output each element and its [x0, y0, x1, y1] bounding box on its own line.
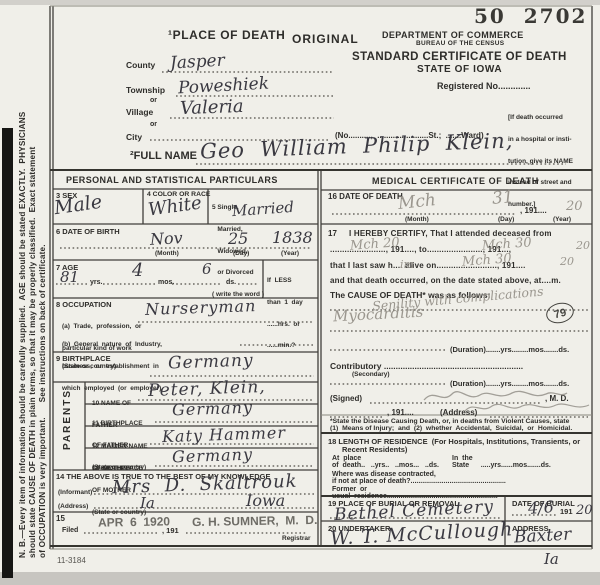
father-birthplace-value: Germany	[172, 398, 254, 420]
informant-address-value1: Ia	[140, 494, 155, 512]
filed-year-printed: , 191	[162, 526, 179, 535]
dob-year-caption: (Year)	[281, 250, 299, 257]
date-of-birth-label: 6 DATE OF BIRTH	[56, 227, 120, 236]
department-line: DEPARTMENT OF COMMERCE	[382, 30, 524, 40]
village-label: Village	[126, 107, 153, 117]
cause-footnote-line2: (1) Means of Injury; and (2) whether Acc…	[330, 425, 572, 432]
dob-day-value: 25	[228, 229, 248, 248]
certify-number: 17	[328, 229, 337, 238]
age-if-less-line: ......min.?	[267, 342, 303, 349]
informant-address-caption: (Address)	[58, 503, 88, 510]
dod-day-caption: (Day)	[498, 216, 514, 223]
mother-name-label-line: 12 MAIDEN NAME	[92, 443, 148, 450]
dod-year-caption: (Year)	[553, 216, 571, 223]
residence-in-state-2: State .....yrs......mos.......ds.	[452, 462, 551, 469]
registrar-caption: Registrar	[282, 535, 311, 542]
mother-birthplace-value: Germany	[172, 445, 254, 467]
certificate-number-stamp: 50 2702	[474, 4, 587, 28]
age-yrs-unit: yrs.	[90, 279, 102, 286]
dod-month-caption: (Month)	[405, 216, 429, 223]
age-years-value: 81	[60, 268, 79, 286]
occupation-b-line: (b) General nature of Industry,	[62, 341, 162, 348]
registered-no-label: Registered No.............	[437, 81, 531, 91]
dod-day-value: 31	[491, 187, 514, 209]
age-months-value: 4	[132, 260, 143, 281]
certify-him-value: im	[400, 258, 414, 271]
hospital-note-line: in a hospital or insti-	[508, 136, 594, 143]
dob-year-value: 1838	[272, 228, 313, 247]
age-if-less-line: than 1 day	[267, 299, 303, 306]
dob-month-value: Nov	[150, 228, 184, 249]
filed-label: Filed	[62, 527, 78, 534]
section-place-of-death-label: ¹PLACE OF DEATH	[168, 28, 285, 42]
residence-at-place-1: At place	[332, 455, 361, 462]
county-label: County	[126, 60, 155, 70]
death-certificate-scan: WRITE PLAINLY, WITH UNFADING INK—THIS IS…	[0, 0, 600, 585]
state-line: STATE OF IOWA	[417, 64, 502, 75]
dod-year-printed: , 191....	[520, 206, 547, 215]
undertaker-address-value: Baxter	[514, 525, 572, 548]
age-if-less-line: ......hrs. or	[267, 321, 303, 328]
age-ds-unit: ds.	[226, 279, 236, 286]
cause-footnote-line1: *State the Disease Causing Death, or, in…	[330, 418, 569, 425]
certify-line4: and that death occurred, on the date sta…	[330, 276, 561, 285]
birthplace-label: 9 BIRTHPLACE	[56, 354, 111, 363]
occupation-value: Nurseryman	[145, 296, 257, 319]
city-label: City	[126, 132, 142, 142]
county-value: Jasper	[170, 51, 226, 74]
dob-day-caption: (Day)	[233, 250, 249, 257]
age-if-less-note: If LESS than 1 day ......hrs. or ......m…	[267, 263, 303, 364]
medical-section-header: MEDICAL CERTIFICATE OF DEATH	[372, 176, 539, 186]
birthplace-value: Germany	[168, 351, 254, 374]
residence-at-place-2: of death.. ..yrs.. ..mos... ..ds.	[332, 462, 439, 469]
filed-number: 15	[56, 514, 65, 523]
full-name-label: ²FULL NAME	[130, 150, 197, 162]
cause-duration-label: (Duration).......yrs........mos.......ds…	[450, 345, 569, 354]
residence-in-state-1: In the	[452, 455, 473, 462]
signed-label: (Signed)	[330, 394, 362, 403]
form-code: 11-3184	[57, 556, 86, 565]
birthplace-sub-label: (State or country)	[62, 363, 116, 370]
dob-month-caption: (Month)	[155, 250, 179, 257]
age-if-less-line: If LESS	[267, 277, 303, 284]
or-label: or	[150, 97, 157, 104]
burial-date-year-value: 20	[576, 503, 593, 518]
certify-last-year-value: 20	[560, 255, 574, 268]
age-days-value: 6	[202, 260, 212, 278]
dod-year-value: 20	[566, 199, 583, 214]
burial-date-year-printed: 191	[560, 507, 573, 516]
bureau-line: BUREAU OF THE CENSUS	[416, 40, 504, 47]
undertaker-address-value2: Ia	[544, 550, 559, 568]
residence-label2: Recent Residents)	[342, 445, 407, 454]
dod-month-value: Mch	[397, 190, 437, 214]
contributory-label: Contributory ...........................…	[330, 361, 523, 371]
certificate-title: STANDARD CERTIFICATE OF DEATH	[352, 51, 567, 63]
township-label: Township	[126, 85, 165, 95]
hospital-note-line: [If death occurred	[508, 114, 594, 121]
parents-vertical-label: PARENTS	[62, 389, 73, 450]
registrar-name-stamp: G. H. SUMNER, M. D.	[192, 513, 318, 529]
informant-address-value2: Iowa	[246, 491, 285, 510]
marital-label-line: or Divorced	[212, 269, 264, 276]
occupation-label: 8 OCCUPATION	[56, 300, 112, 309]
informant-caption: (Informant)	[58, 489, 92, 496]
original-label: ORIGINAL	[292, 32, 359, 46]
certify-to-year-value: 20	[576, 239, 590, 252]
or-label: or	[150, 121, 157, 128]
residence-contracted-1: Where was disease contracted,	[332, 471, 436, 478]
father-bp-label-line: 11 BIRTHPLACE	[92, 420, 146, 427]
pencil-address-scrawl	[462, 398, 592, 416]
residence-former-1: Former or	[332, 486, 367, 493]
residence-contracted-2: if not at place of death?...............…	[332, 478, 506, 485]
cause-code-value: 79	[553, 307, 568, 322]
personal-section-header: PERSONAL AND STATISTICAL PARTICULARS	[66, 175, 278, 185]
signed-date-printed: , 191....	[387, 408, 414, 417]
burial-date-value: 4/6	[527, 497, 554, 518]
contributory-sub-label: (Secondary)	[352, 371, 390, 378]
date-of-death-label: 16 DATE OF DEATH	[328, 192, 403, 201]
age-mos-unit: mos.	[158, 279, 174, 286]
filed-date-stamp: APR 6 1920	[98, 514, 170, 529]
hospital-note-line: tution, give its NAME	[508, 158, 594, 165]
village-value: Valeria	[180, 96, 244, 119]
